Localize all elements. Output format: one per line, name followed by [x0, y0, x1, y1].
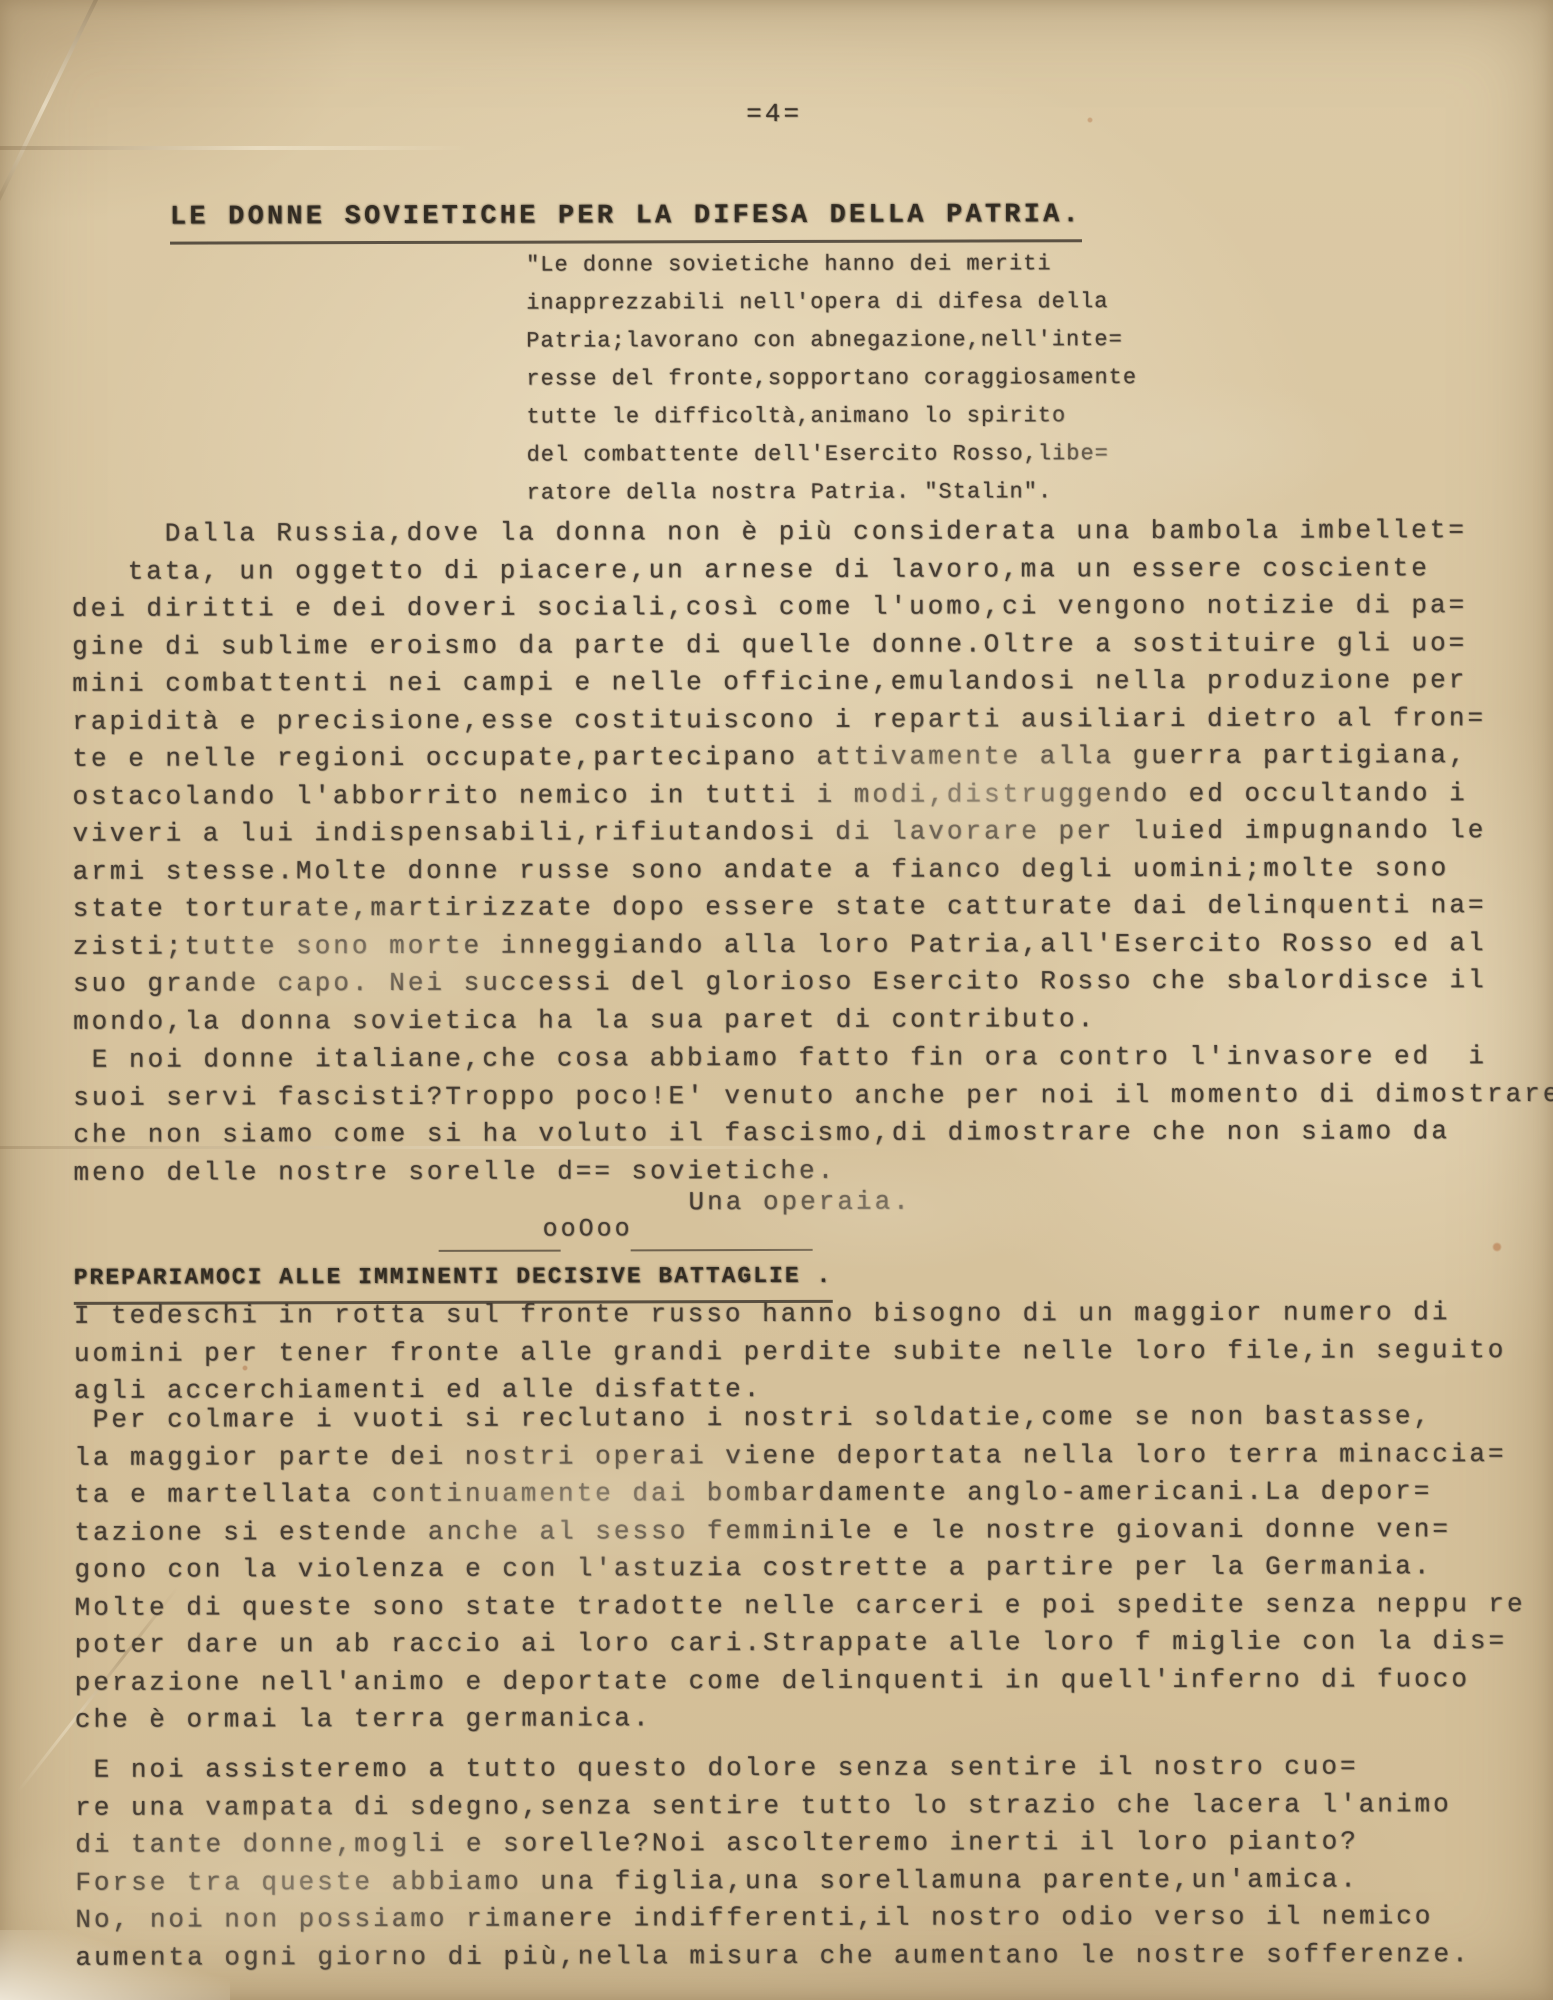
- page-number: =4=: [0, 94, 1551, 136]
- section-divider: ooOoo: [543, 1210, 633, 1248]
- section1-paragraph-2: E noi donne italiane,che cosa abbiamo fa…: [73, 1038, 1553, 1192]
- section1-paragraph-1: Dalla Russia,dove la donna non è più con…: [72, 512, 1487, 1041]
- section2-paragraph-2: Per colmare i vuoti si reclutano i nostr…: [74, 1398, 1526, 1739]
- section1-title: LE DONNE SOVIETICHE PER LA DIFESA DELLA …: [170, 197, 1082, 244]
- section2-paragraph-3: E noi assisteremo a tutto questo dolore …: [75, 1748, 1471, 1977]
- typewritten-text-layer: =4= LE DONNE SOVIETICHE PER LA DIFESA DE…: [0, 0, 1553, 2000]
- section1-stalin-quote: "Le donne sovietiche hanno dei meriti in…: [526, 245, 1137, 513]
- section2-paragraph-1: I tedeschi in rotta sul fronte russo han…: [74, 1294, 1507, 1410]
- divider-underline-left: [439, 1250, 561, 1252]
- document-page: =4= LE DONNE SOVIETICHE PER LA DIFESA DE…: [0, 0, 1553, 2000]
- signature: Una operaia.: [688, 1184, 911, 1222]
- divider-underline-right: [631, 1249, 813, 1251]
